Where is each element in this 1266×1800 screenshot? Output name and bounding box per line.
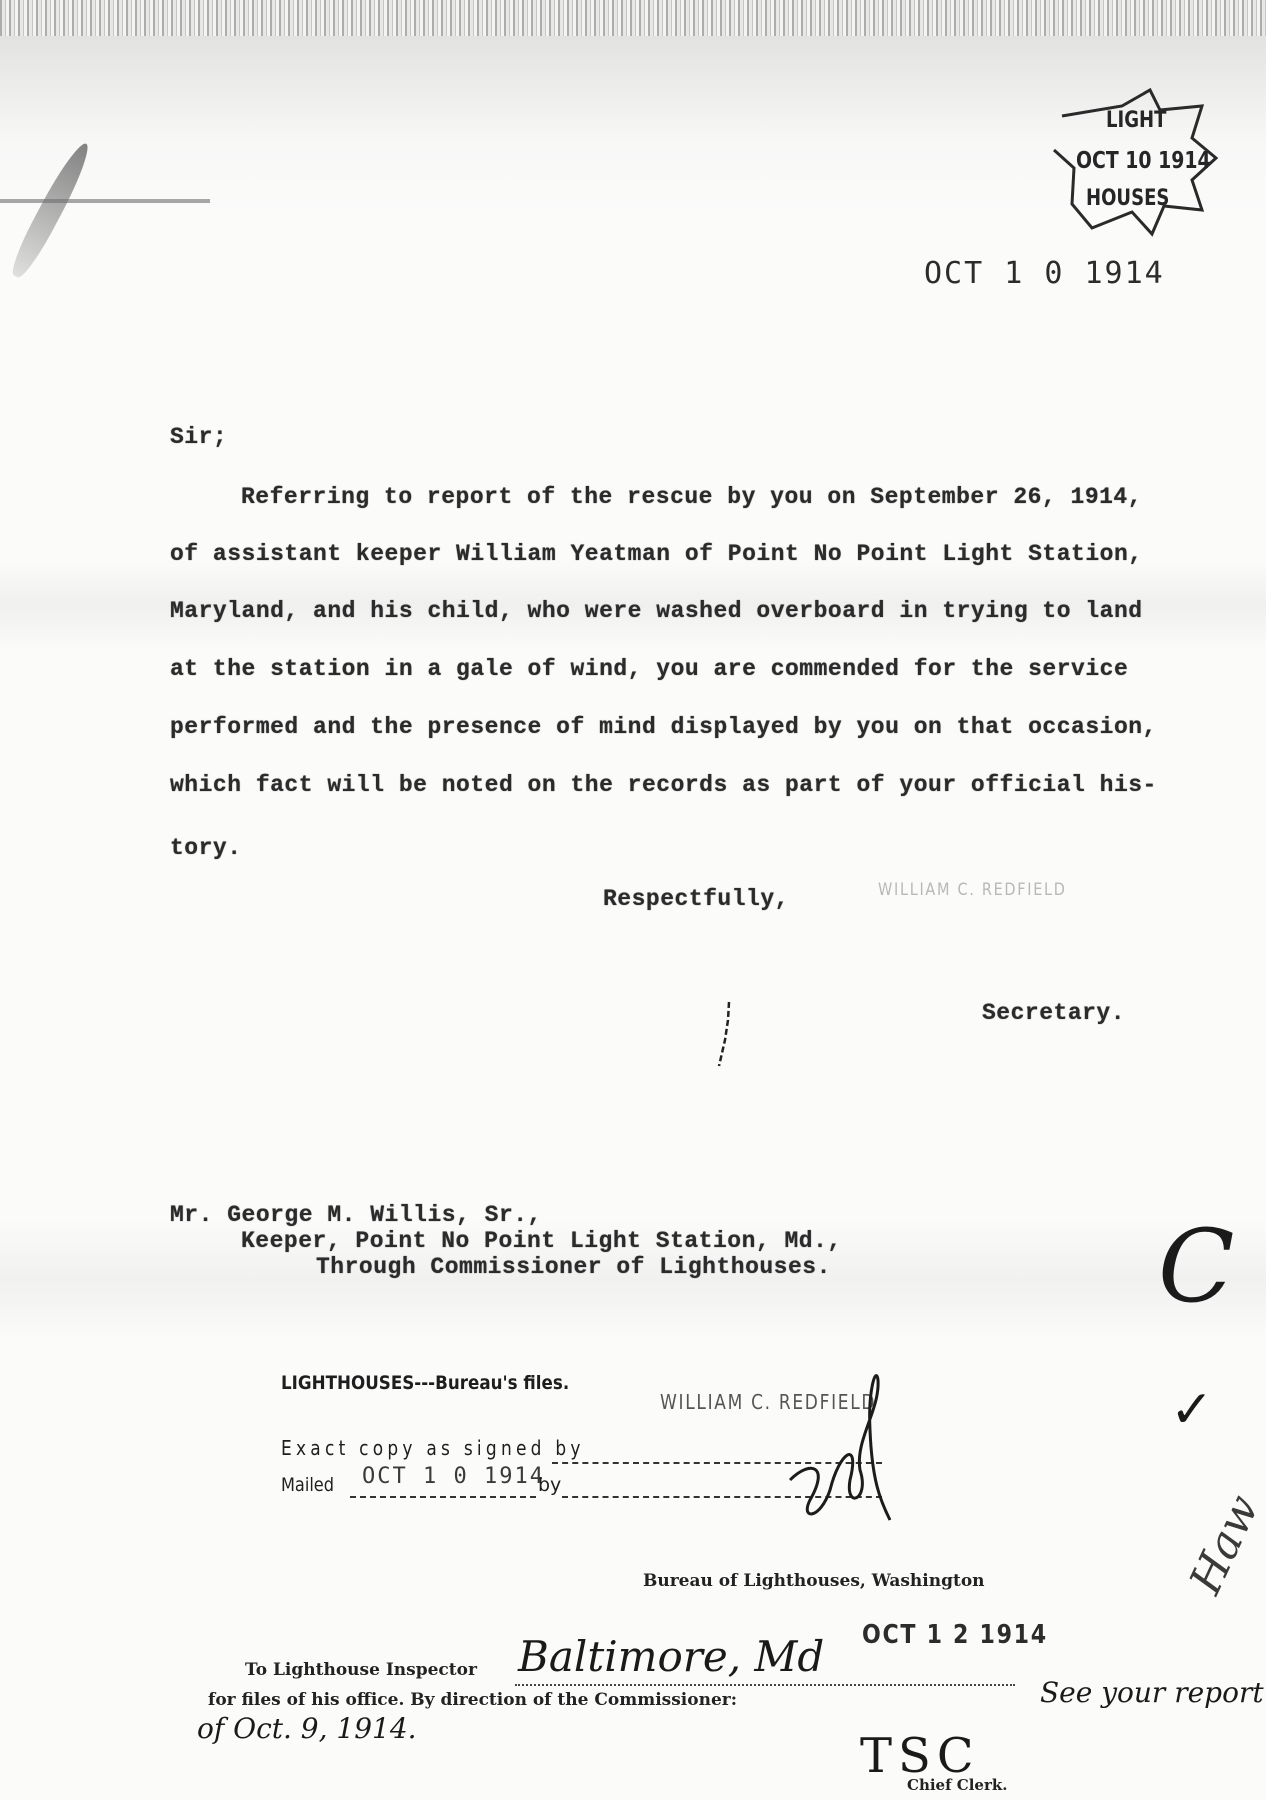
files-direction-line: for files of his office. By direction of… [208,1690,737,1710]
body-line: which fact will be noted on the records … [170,772,1157,798]
inspector-dotted-line [515,1684,1015,1686]
handwritten-note-see-report: See your report [1040,1676,1264,1709]
signer-title: Secretary. [982,1000,1125,1026]
exact-copy-label: Exact copy as signed by [281,1436,585,1460]
salutation: Sir; [170,424,227,450]
margin-scrawl: Haw [1180,1487,1266,1601]
mailed-label: Mailed [281,1474,334,1496]
mailed-date-line [350,1496,536,1498]
letter-date-stamp: OCT 1 0 1914 [924,256,1165,291]
handwritten-initials-icon [750,1370,900,1530]
addressee-name: Mr. George M. Willis, Sr., [170,1202,542,1228]
body-line: tory. [170,835,242,861]
faint-signature-stamp: WILLIAM C. REDFIELD [878,880,1067,900]
forwarding-date-stamp: OCT 1 2 1914 [862,1620,1048,1650]
body-line: Referring to report of the rescue by you… [241,484,1142,510]
handwritten-note-date: of Oct. 9, 1914. [197,1712,417,1745]
pencil-horizontal-line [0,199,210,203]
inspector-location-handwritten: Baltimore, Md [518,1632,824,1681]
stamp-light-text: LIGHT [1106,108,1166,133]
mailed-date-stamp: OCT 1 0 1914 [362,1464,545,1489]
body-line: Maryland, and his child, who were washed… [170,598,1143,624]
bureau-header: Bureau of Lighthouses, Washington [643,1571,985,1591]
stamp-date-text: OCT 10 1914 [1076,148,1211,174]
margin-checkmark-icon: ✓ [1170,1380,1214,1440]
body-line: performed and the presence of mind displ… [170,714,1157,740]
body-line: of assistant keeper William Yeatman of P… [170,541,1143,567]
closing: Respectfully, [603,886,789,912]
chief-clerk-title: Chief Clerk. [907,1776,1007,1794]
margin-letter-c: C [1158,1208,1235,1325]
document-page: LIGHT OCT 10 1914 HOUSES OCT 1 0 1914 Si… [0,0,1266,1800]
to-inspector-label: To Lighthouse Inspector [245,1660,477,1680]
addressee-routing: Through Commissioner of Lighthouses. [316,1254,831,1280]
body-line: at the station in a gale of wind, you ar… [170,656,1128,682]
ink-stroke-icon [715,1000,735,1070]
addressee-position: Keeper, Point No Point Light Station, Md… [241,1228,842,1254]
stamp-houses-text: HOUSES [1086,186,1169,211]
scan-edge-noise [0,0,1266,36]
mailed-by-label: by [538,1474,561,1496]
files-stamp-title: LIGHTHOUSES---Bureau's files. [281,1372,569,1394]
received-star-stamp: LIGHT OCT 10 1914 HOUSES [1052,88,1217,248]
